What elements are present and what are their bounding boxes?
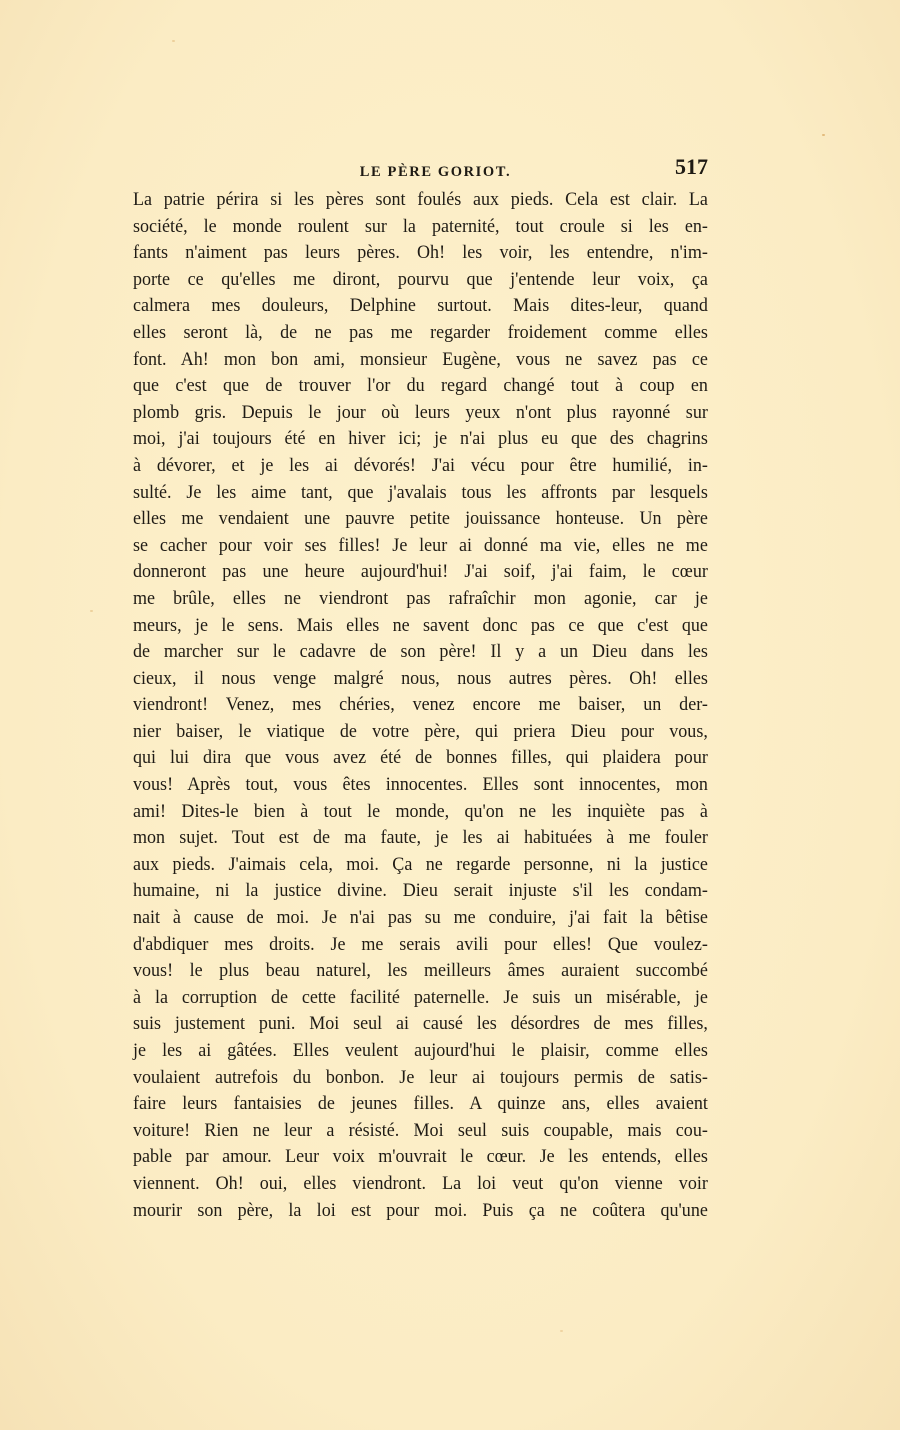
text-line: plomb gris. Depuis le jour où leurs yeux… [133, 400, 708, 427]
text-line: aux pieds. J'aimais cela, moi. Ça ne reg… [133, 852, 708, 879]
text-line: de marcher sur le cadavre de son père! I… [133, 639, 708, 666]
text-line: à la corruption de cette facilité patern… [133, 985, 708, 1012]
text-line: que c'est que de trouver l'or du regard … [133, 373, 708, 400]
text-line: vous! le plus beau naturel, les meilleur… [133, 958, 708, 985]
paper-speck [172, 40, 175, 42]
text-line: société, le monde roulent sur la paterni… [133, 214, 708, 241]
paper-speck [90, 610, 93, 612]
text-line: La patrie périra si les pères sont foulé… [133, 187, 708, 214]
text-line: suis justement puni. Moi seul ai causé l… [133, 1011, 708, 1038]
text-line: moi, j'ai toujours été en hiver ici; je … [133, 426, 708, 453]
text-line: donneront pas une heure aujourd'hui! J'a… [133, 559, 708, 586]
text-line: fants n'aiment pas leurs pères. Oh! les … [133, 240, 708, 267]
text-line: pable par amour. Leur voix m'ouvrait le … [133, 1144, 708, 1171]
text-line: font. Ah! mon bon ami, monsieur Eugène, … [133, 347, 708, 374]
text-line: humaine, ni la justice divine. Dieu sera… [133, 878, 708, 905]
text-line: nier baiser, le viatique de votre père, … [133, 719, 708, 746]
text-line: je les ai gâtées. Elles veulent aujourd'… [133, 1038, 708, 1065]
text-line: elles me vendaient une pauvre petite jou… [133, 506, 708, 533]
text-line: sulté. Je les aime tant, que j'avalais t… [133, 480, 708, 507]
text-line: faire leurs fantaisies de jeunes filles.… [133, 1091, 708, 1118]
text-line: vous! Après tout, vous êtes innocentes. … [133, 772, 708, 799]
text-line: ami! Dites-le bien à tout le monde, qu'o… [133, 799, 708, 826]
text-line: mourir son père, la loi est pour moi. Pu… [133, 1198, 708, 1225]
text-line: viennent. Oh! oui, elles viendront. La l… [133, 1171, 708, 1198]
page-header: LE PÈRE GORIOT. 517 [133, 150, 708, 190]
text-line: voiture! Rien ne leur a résisté. Moi seu… [133, 1118, 708, 1145]
running-title: LE PÈRE GORIOT. [133, 164, 708, 181]
page-number: 517 [675, 154, 708, 180]
book-page: LE PÈRE GORIOT. 517 La patrie périra si … [0, 0, 900, 1430]
text-line: nait à cause de moi. Je n'ai pas su me c… [133, 905, 708, 932]
text-line: mon sujet. Tout est de ma faute, je les … [133, 825, 708, 852]
text-line: d'abdiquer mes droits. Je me serais avil… [133, 932, 708, 959]
text-line: elles seront là, de ne pas me regarder f… [133, 320, 708, 347]
text-line: porte ce qu'elles me diront, pourvu que … [133, 267, 708, 294]
text-line: me brûle, elles ne viendront pas rafraîc… [133, 586, 708, 613]
paper-speck [560, 1330, 563, 1332]
text-line: cieux, il nous venge malgré nous, nous a… [133, 666, 708, 693]
text-line: meurs, je le sens. Mais elles ne savent … [133, 613, 708, 640]
text-line: se cacher pour voir ses filles! Je leur … [133, 533, 708, 560]
text-line: calmera mes douleurs, Delphine surtout. … [133, 293, 708, 320]
text-line: voulaient autrefois du bonbon. Je leur a… [133, 1065, 708, 1092]
text-line: à dévorer, et je les ai dévorés! J'ai vé… [133, 453, 708, 480]
paper-speck [822, 134, 825, 136]
text-line: viendront! Venez, mes chéries, venez enc… [133, 692, 708, 719]
text-line: qui lui dira que vous avez été de bonnes… [133, 745, 708, 772]
body-text: La patrie périra si les pères sont foulé… [133, 187, 708, 1224]
